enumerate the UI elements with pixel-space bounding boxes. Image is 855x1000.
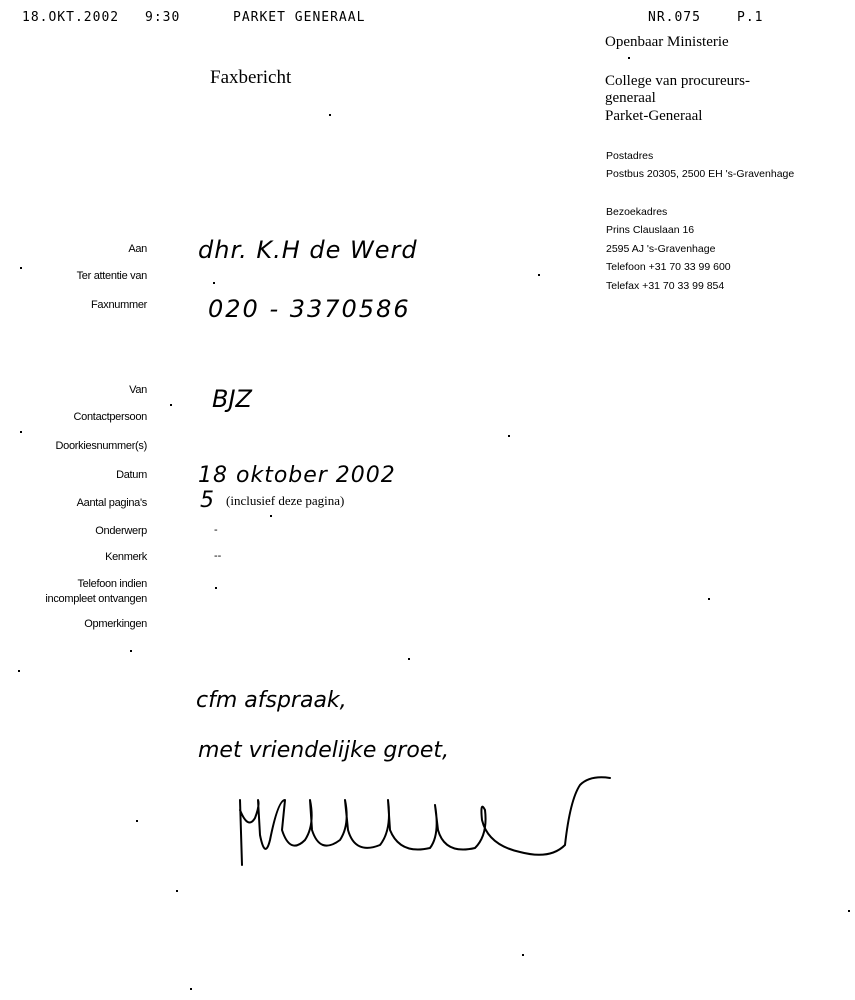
fax-page: P.1 (737, 10, 763, 25)
label-doorkiesnummer: Doorkiesnummer(s) (56, 440, 147, 452)
scan-speck (508, 435, 510, 437)
scan-speck (270, 515, 272, 517)
value-datum: 18 oktober 2002 (198, 463, 396, 488)
scan-speck (130, 650, 132, 652)
visit-label: Bezoekadres (606, 203, 667, 222)
scan-speck (170, 404, 172, 406)
value-aantal-paginas: 5 (200, 488, 214, 513)
label-datum: Datum (116, 469, 147, 481)
scan-speck (20, 267, 22, 269)
label-kenmerk: Kenmerk (105, 551, 147, 563)
fax-date: 18.OKT.2002 (22, 10, 119, 25)
fax-sender: PARKET GENERAAL (233, 10, 365, 25)
fax-number: NR.075 (648, 10, 701, 25)
department-line-2: generaal (605, 90, 656, 107)
document-title: Faxbericht (210, 67, 291, 89)
scan-speck (18, 670, 20, 672)
visit-street: Prins Clauslaan 16 (606, 221, 694, 240)
scan-speck (848, 910, 850, 912)
scan-speck (20, 431, 22, 433)
scan-speck (190, 988, 192, 990)
label-faxnummer: Faxnummer (91, 299, 147, 311)
postal-address: Postbus 20305, 2500 EH 's-Gravenhage (606, 165, 794, 184)
value-kenmerk: -- (214, 550, 221, 562)
scan-speck (522, 954, 524, 956)
fax-number-letterhead: Telefax +31 70 33 99 854 (606, 277, 724, 296)
value-aan: dhr. K.H de Werd (198, 236, 418, 264)
department-line-3: Parket-Generaal (605, 108, 702, 125)
label-contactpersoon: Contactpersoon (74, 411, 147, 423)
label-van: Van (129, 384, 147, 396)
label-onderwerp: Onderwerp (95, 525, 147, 537)
scan-speck (136, 820, 138, 822)
label-aan: Aan (128, 243, 147, 255)
scan-speck (215, 587, 217, 589)
scan-speck (538, 274, 540, 276)
note-line-1: cfm afspraak, (196, 688, 347, 713)
scan-speck (176, 890, 178, 892)
label-telefoon-2: incompleet ontvangen (45, 593, 147, 605)
value-aantal-paginas-note: (inclusief deze pagina) (226, 493, 344, 509)
scan-speck (213, 282, 215, 284)
visit-city: 2595 AJ 's-Gravenhage (606, 240, 715, 259)
value-onderwerp: - (214, 524, 218, 536)
label-telefoon-1: Telefoon indien (77, 578, 147, 590)
scan-speck (408, 658, 410, 660)
phone-number: Telefoon +31 70 33 99 600 (606, 258, 731, 277)
label-aantal-paginas: Aantal pagina's (77, 497, 147, 509)
value-faxnummer: 020 - 3370586 (208, 295, 411, 323)
note-line-2: met vriendelijke groet, (198, 738, 449, 763)
label-ter-attentie: Ter attentie van (77, 270, 147, 282)
organization-name: Openbaar Ministerie (605, 34, 729, 51)
scan-speck (708, 598, 710, 600)
department-line-1: College van procureurs- (605, 73, 750, 90)
scan-speck (329, 114, 331, 116)
value-van: BJZ (212, 385, 252, 413)
signature-icon (230, 770, 620, 870)
scan-speck (628, 57, 630, 59)
fax-time: 9:30 (145, 10, 180, 25)
postal-label: Postadres (606, 147, 653, 166)
label-opmerkingen: Opmerkingen (84, 618, 147, 630)
